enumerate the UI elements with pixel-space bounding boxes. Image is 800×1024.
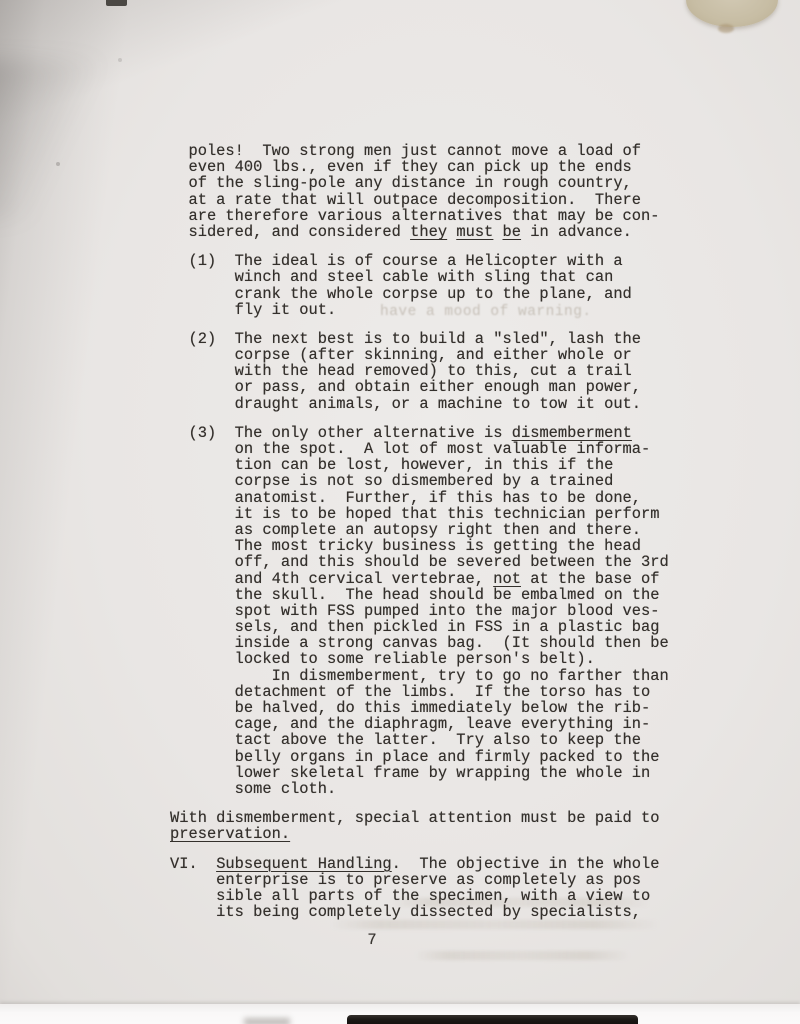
text-block: VI. Subsequent Handling. The objective i… xyxy=(170,856,700,921)
scan-corner-smudge xyxy=(244,1018,290,1024)
text-line: preservation. xyxy=(170,826,700,842)
text-line: In dismemberment, try to go no farther t… xyxy=(170,668,700,684)
text-line: or pass, and obtain either enough man po… xyxy=(170,379,700,395)
text-line: even 400 lbs., even if they can pick up … xyxy=(170,159,700,175)
paper-speck xyxy=(118,58,122,62)
scan-edge-bar xyxy=(347,1015,638,1024)
text-line: as complete an autopsy right then and th… xyxy=(170,522,700,538)
text-line: (2) The next best is to build a "sled", … xyxy=(170,331,700,347)
text-line: sible all parts of the specimen, with a … xyxy=(170,888,700,904)
text-run: draught animals, or a machine to tow it … xyxy=(170,395,641,413)
text-line: tact above the latter. Try also to keep … xyxy=(170,732,700,748)
text-line: With dismemberment, special attention mu… xyxy=(170,810,700,826)
paper-crease-shadow xyxy=(0,60,120,220)
paper-speck xyxy=(56,162,60,166)
text-line: crank the whole corpse up to the plane, … xyxy=(170,286,700,302)
text-line: VI. Subsequent Handling. The objective i… xyxy=(170,856,700,872)
text-run: its being completely dissected by specia… xyxy=(170,903,641,921)
text-line: its being completely dissected by specia… xyxy=(170,904,700,920)
text-line: lower skeletal frame by wrapping the who… xyxy=(170,765,700,781)
scan-artifact-mark xyxy=(106,0,127,6)
text-run: sidered, and considered xyxy=(170,223,410,241)
text-line: detachment of the limbs. If the torso ha… xyxy=(170,684,700,700)
text-line: belly organs in place and firmly packed … xyxy=(170,749,700,765)
scanned-document-page: have a mood of warning. poles! Two stron… xyxy=(0,0,800,1024)
text-run: some cloth. xyxy=(170,780,336,798)
text-run: in advance. xyxy=(521,223,632,241)
text-line: on the spot. A lot of most valuable info… xyxy=(170,441,700,457)
text-line: it is to be hoped that this technician p… xyxy=(170,506,700,522)
typewritten-text: poles! Two strong men just cannot move a… xyxy=(170,143,700,933)
text-line: are therefore various alternatives that … xyxy=(170,208,700,224)
text-line: (3) The only other alternative is dismem… xyxy=(170,425,700,441)
page-number: 7 xyxy=(342,931,402,949)
text-line: The most tricky business is getting the … xyxy=(170,538,700,554)
text-line: enterprise is to preserve as completely … xyxy=(170,872,700,888)
text-line: locked to some reliable person's belt). xyxy=(170,651,700,667)
text-line: corpse (after skinning, and either whole… xyxy=(170,347,700,363)
text-line: fly it out. xyxy=(170,302,700,318)
underlined-text-run: preservation. xyxy=(170,825,290,843)
text-line: spot with FSS pumped into the major bloo… xyxy=(170,603,700,619)
text-line: at a rate that will outpace decompositio… xyxy=(170,192,700,208)
text-line: of the sling-pole any distance in rough … xyxy=(170,175,700,191)
text-line: off, and this should be severed between … xyxy=(170,554,700,570)
text-line: winch and steel cable with sling that ca… xyxy=(170,269,700,285)
text-line: poles! Two strong men just cannot move a… xyxy=(170,143,700,159)
underlined-text-run: must xyxy=(456,223,493,241)
underlined-text-run: be xyxy=(503,223,521,241)
text-line: corpse is not so dismembered by a traine… xyxy=(170,473,700,489)
binder-hole-shadow xyxy=(718,24,734,33)
text-line: and 4th cervical vertebrae, not at the b… xyxy=(170,571,700,587)
text-line: sels, and then pickled in FSS in a plast… xyxy=(170,619,700,635)
text-block: poles! Two strong men just cannot move a… xyxy=(170,143,700,240)
text-line: tion can be lost, however, in this if th… xyxy=(170,457,700,473)
text-line: anatomist. Further, if this has to be do… xyxy=(170,490,700,506)
text-run xyxy=(447,223,456,241)
text-block: With dismemberment, special attention mu… xyxy=(170,810,700,842)
underlined-text-run: they xyxy=(410,223,447,241)
text-block: (3) The only other alternative is dismem… xyxy=(170,425,700,797)
text-line: draught animals, or a machine to tow it … xyxy=(170,396,700,412)
text-line: sidered, and considered they must be in … xyxy=(170,224,700,240)
text-block: (2) The next best is to build a "sled", … xyxy=(170,331,700,412)
text-block: (1) The ideal is of course a Helicopter … xyxy=(170,253,700,318)
text-run: fly it out. xyxy=(170,301,336,319)
text-line: with the head removed) to this, cut a tr… xyxy=(170,363,700,379)
text-line: inside a strong canvas bag. (It should t… xyxy=(170,635,700,651)
text-line: cage, and the diaphragm, leave everythin… xyxy=(170,716,700,732)
text-line: be halved, do this immediately below the… xyxy=(170,700,700,716)
text-run xyxy=(493,223,502,241)
text-line: (1) The ideal is of course a Helicopter … xyxy=(170,253,700,269)
bleed-through-smudge xyxy=(415,951,630,960)
text-line: the skull. The head should be embalmed o… xyxy=(170,587,700,603)
text-line: some cloth. xyxy=(170,781,700,797)
